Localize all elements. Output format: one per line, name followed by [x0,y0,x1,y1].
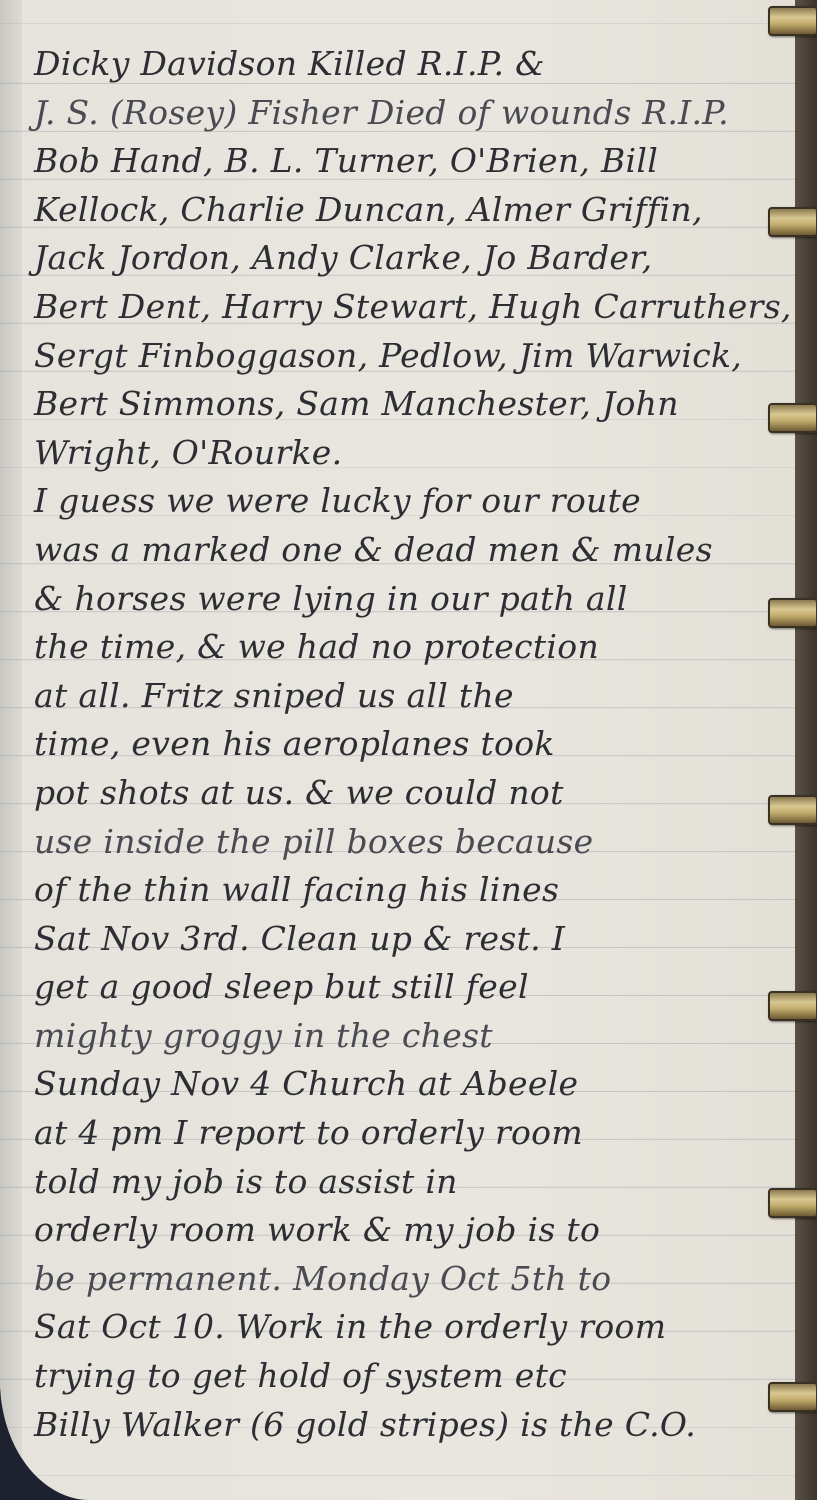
text-line: time, even his aeroplanes took [34,720,794,769]
notebook-page: Dicky Davidson Killed R.I.P. & J. S. (Ro… [0,0,795,1500]
spiral-ring-icon [768,795,817,825]
text-line: at 4 pm I report to orderly room [34,1109,794,1158]
text-line: was a marked one & dead men & mules [34,526,794,575]
spiral-ring-icon [768,403,817,433]
handwritten-text: Dicky Davidson Killed R.I.P. & J. S. (Ro… [34,40,794,1449]
text-line: & horses were lying in our path all [34,575,794,624]
text-line: Billy Walker (6 gold stripes) is the C.O… [34,1401,794,1450]
text-line: told my job is to assist in [34,1158,794,1207]
text-line: orderly room work & my job is to [34,1206,794,1255]
text-line: I guess we were lucky for our route [34,477,794,526]
text-line: Bert Simmons, Sam Manchester, John [34,380,794,429]
spiral-ring-icon [768,207,817,237]
text-line: mighty groggy in the chest [34,1012,794,1061]
text-line: Sat Oct 10. Work in the orderly room [34,1303,794,1352]
text-line: Dicky Davidson Killed R.I.P. & [34,40,794,89]
text-line: Sunday Nov 4 Church at Abeele [34,1060,794,1109]
spiral-ring-icon [768,598,817,628]
text-line: pot shots at us. & we could not [34,769,794,818]
text-line: Sergt Finboggason, Pedlow, Jim Warwick, [34,332,794,381]
spiral-ring-icon [768,6,817,36]
spiral-ring-icon [768,1188,817,1218]
text-line: Bert Dent, Harry Stewart, Hugh Carruther… [34,283,794,332]
text-line: Jack Jordon, Andy Clarke, Jo Barder, [34,234,794,283]
spiral-ring-icon [768,991,817,1021]
text-line: use inside the pill boxes because [34,818,794,867]
text-line: get a good sleep but still feel [34,963,794,1012]
text-line: Sat Nov 3rd. Clean up & rest. I [34,915,794,964]
text-line: trying to get hold of system etc [34,1352,794,1401]
text-line: at all. Fritz sniped us all the [34,672,794,721]
text-line: the time, & we had no protection [34,623,794,672]
text-line: J. S. (Rosey) Fisher Died of wounds R.I.… [34,89,794,138]
text-line: Wright, O'Rourke. [34,429,794,478]
text-line: Bob Hand, B. L. Turner, O'Brien, Bill [34,137,794,186]
text-line: be permanent. Monday Oct 5th to [34,1255,794,1304]
text-line: of the thin wall facing his lines [34,866,794,915]
spiral-ring-icon [768,1382,817,1412]
text-line: Kellock, Charlie Duncan, Almer Griffin, [34,186,794,235]
